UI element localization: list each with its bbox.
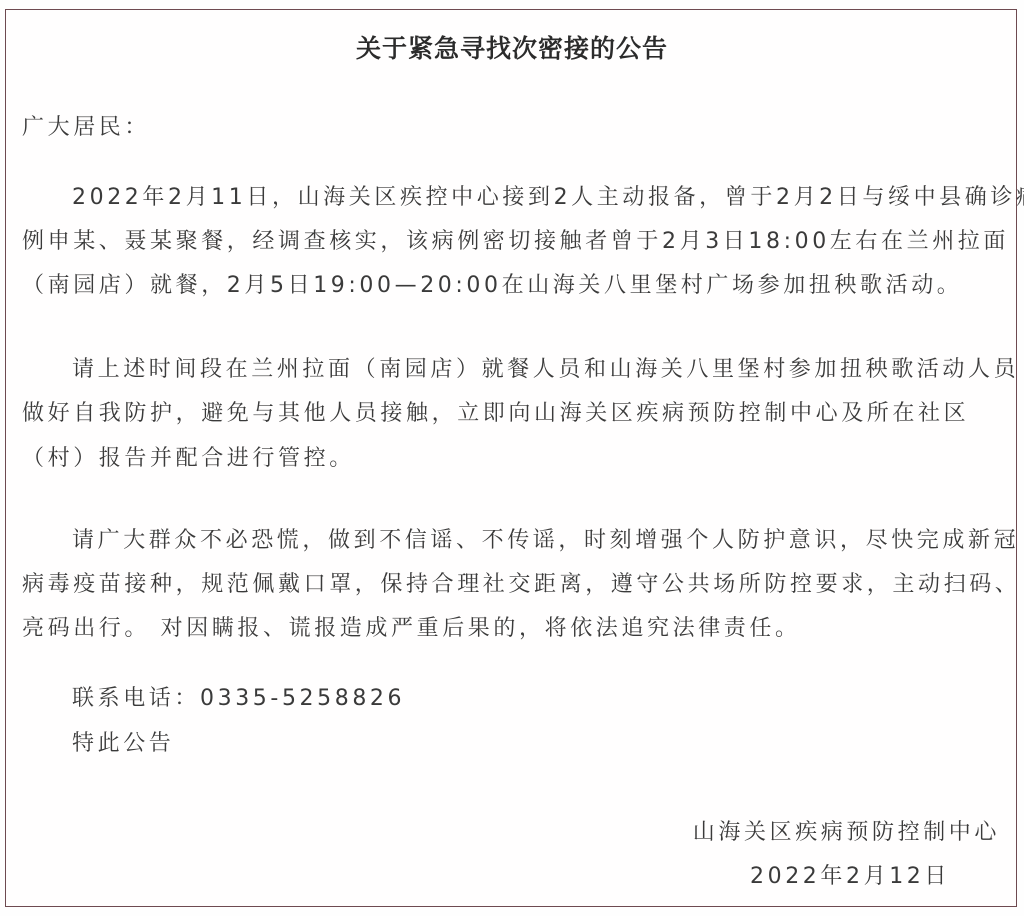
paragraph-line: 例申某、聂某聚餐，经调查核实，该病例密切接触者曾于2月3日18:00左右在兰州拉… [22, 227, 1009, 257]
signature-date: 2022年2月12日 [750, 862, 950, 892]
signature-organization: 山海关区疾病预防控制中心 [693, 818, 1000, 848]
salutation: 广大居民： [22, 113, 150, 143]
paragraph-line: 2022年2月11日，山海关区疾控中心接到2人主动报备，曾于2月2日与绥中县确诊… [72, 183, 1024, 213]
paragraph-line: 病毒疫苗接种，规范佩戴口罩，保持合理社交距离，遵守公共场所防控要求，主动扫码、 [22, 570, 1020, 600]
paragraph-line: 请广大群众不必恐慌，做到不信谣、不传谣，时刻增强个人防护意识，尽快完成新冠 [72, 526, 1019, 556]
paragraph-line: （村）报告并配合进行管控。 [22, 444, 355, 474]
paragraph-line: 请上述时间段在兰州拉面（南园店）就餐人员和山海关八里堡村参加扭秧歌活动人员 [72, 355, 1019, 385]
contact-line: 联系电话：0335-5258826 [72, 684, 405, 714]
paragraph-line: 亮码出行。 对因瞒报、谎报造成严重后果的，将依法追究法律责任。 [22, 614, 801, 644]
paragraph-line: （南园店）就餐，2月5日19:00—20:00在山海关八里堡村广场参加扭秧歌活动… [22, 271, 962, 301]
contact-label: 联系电话： [72, 686, 200, 711]
contact-phone: 0335-5258826 [200, 686, 405, 711]
closing-text: 特此公告 [72, 729, 174, 759]
paragraph-line: 做好自我防护，避免与其他人员接触，立即向山海关区疾病预防控制中心及所在社区 [22, 399, 969, 429]
notice-title: 关于紧急寻找次密接的公告 [0, 33, 1024, 65]
